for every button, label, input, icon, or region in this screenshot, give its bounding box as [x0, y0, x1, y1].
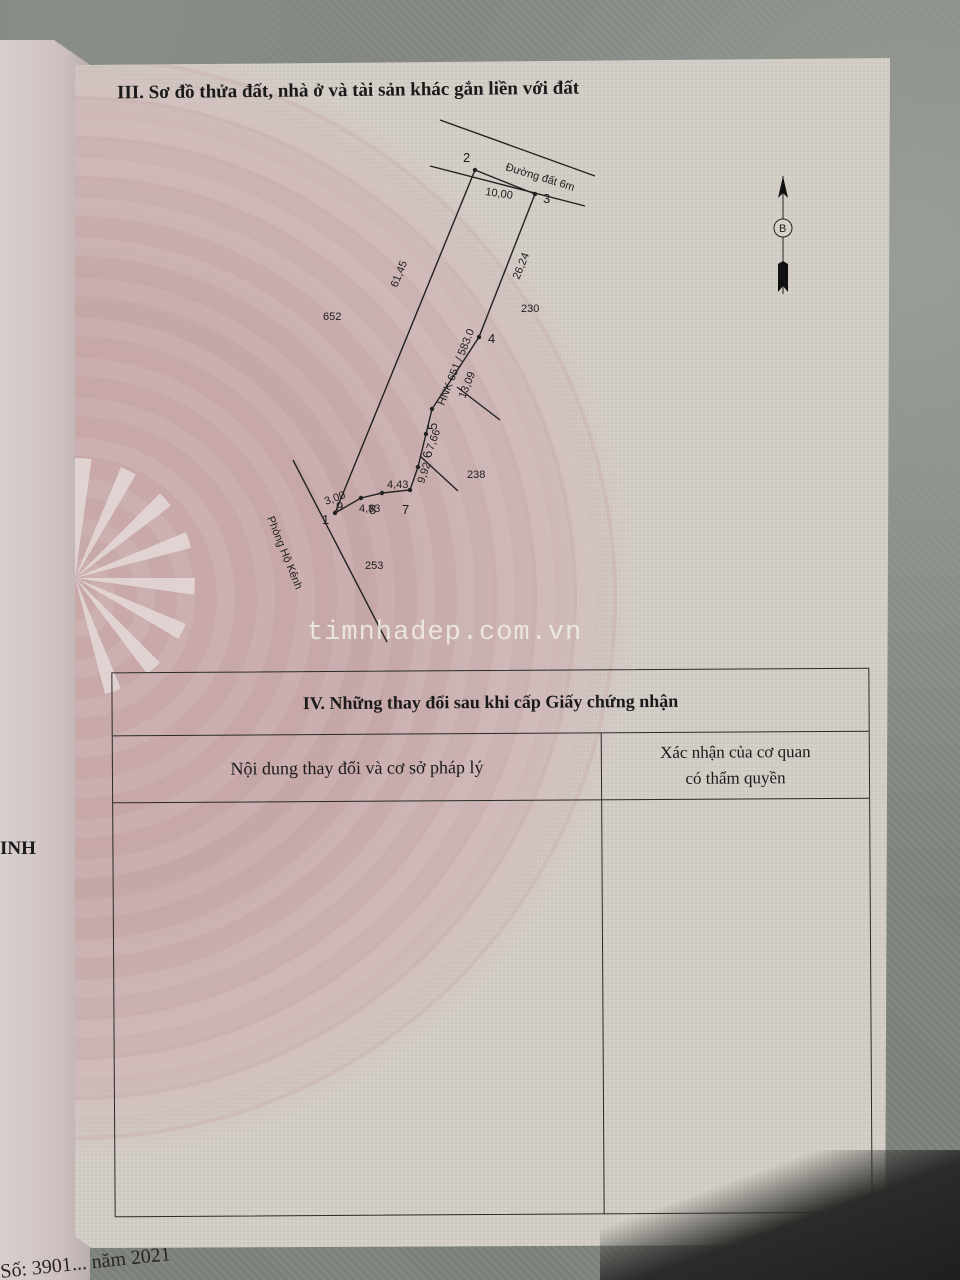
- canal-label: Phòng Hộ Kênh: [264, 515, 304, 592]
- column-header-change-content: Nội dung thay đổi và cơ sở pháp lý: [113, 733, 602, 802]
- north-arrow-icon: B: [774, 176, 792, 294]
- dark-shadow-corner: [600, 1150, 960, 1280]
- svg-text:4,83: 4,83: [359, 503, 380, 515]
- left-page-text-fragment: INH: [0, 838, 36, 860]
- svg-text:B: B: [779, 223, 786, 235]
- changes-table: IV. Những thay đổi sau khi cấp Giấy chứn…: [111, 668, 872, 1218]
- change-content-cell: [113, 800, 605, 1216]
- svg-text:10,00: 10,00: [485, 186, 514, 202]
- certificate-page: III. Sơ đồ thửa đất, nhà ở và tài sản kh…: [75, 58, 890, 1248]
- road-label: Đường đất 6m: [504, 161, 576, 193]
- svg-text:7: 7: [402, 502, 409, 517]
- changes-table-title: IV. Những thay đổi sau khi cấp Giấy chứn…: [112, 669, 868, 737]
- svg-text:230: 230: [521, 303, 539, 315]
- svg-text:3: 3: [543, 191, 550, 206]
- canal-line: [293, 460, 387, 642]
- svg-text:253: 253: [365, 560, 383, 572]
- svg-text:652: 652: [323, 311, 341, 323]
- land-plot-diagram: Đường đất 6m 2 3 4 5 6 7 8 1 9 10,00 26,…: [75, 58, 890, 678]
- svg-text:4,43: 4,43: [387, 479, 408, 491]
- svg-text:1: 1: [322, 512, 329, 527]
- site-watermark: timnhadep.com.vn: [307, 618, 582, 648]
- svg-text:26,24: 26,24: [511, 251, 532, 281]
- svg-text:61,45: 61,45: [389, 259, 410, 289]
- parcel-boundary: [335, 170, 535, 513]
- svg-text:238: 238: [467, 469, 485, 481]
- svg-text:4: 4: [488, 331, 495, 346]
- column-header-authority-confirmation: Xác nhận của cơ quan có thẩm quyền: [602, 732, 869, 800]
- svg-text:2: 2: [463, 150, 470, 165]
